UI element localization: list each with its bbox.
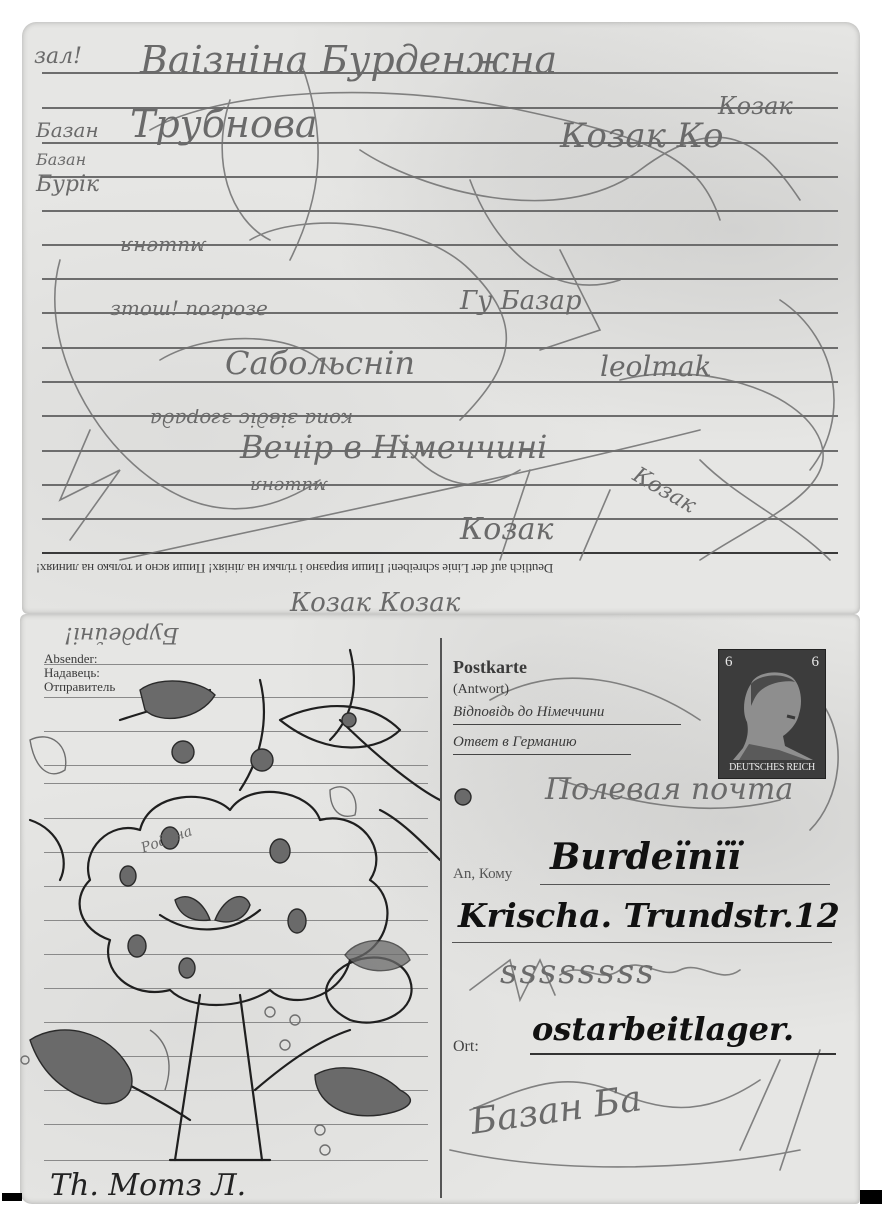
- ruled-line: [44, 1022, 428, 1023]
- ruled-line: [42, 210, 838, 212]
- signature: Th. Momз Л.: [50, 1168, 246, 1203]
- ruled-line: [42, 381, 838, 383]
- scribble-line: ssssssss: [500, 952, 656, 992]
- ruled-line: [42, 518, 838, 520]
- sender-labels: Absender: Надавець: Отправитель: [44, 652, 115, 694]
- recipient-street: Krischa. Trundstr.12: [458, 896, 840, 935]
- handwriting-below-footer: Козак Козак: [290, 588, 460, 618]
- ruled-line: [44, 954, 428, 955]
- handwriting-line-2-right: Козак Ко: [560, 116, 724, 156]
- sender-label-german: Absender:: [44, 652, 115, 666]
- scan-edge-left: [2, 1193, 22, 1201]
- sender-label-ukrainian: Надавець:: [44, 666, 115, 680]
- field-post-handwriting: Полевая почта: [545, 772, 793, 807]
- handwriting-line-13: Козак: [460, 512, 553, 547]
- card-divider-line: [440, 638, 442, 1198]
- handwriting-upside-down-1: мишеня: [120, 236, 207, 260]
- place-label: Ort:: [453, 1038, 479, 1056]
- recipient-name: Burdeïnïï: [550, 836, 741, 878]
- scan-edge-right: [860, 1190, 882, 1204]
- ruled-line: [42, 484, 838, 486]
- ruled-line: [42, 347, 838, 349]
- handwriting-upside-down-3: мишеня: [250, 476, 328, 497]
- ruled-line: [44, 988, 428, 989]
- ruled-line: [44, 783, 428, 784]
- handwriting-line-3-left: Базан: [36, 150, 86, 169]
- ruled-line: [44, 852, 428, 853]
- sender-handwriting: Бурдейні!: [64, 622, 179, 647]
- ruled-line: [44, 765, 428, 766]
- ruled-line: [44, 697, 428, 698]
- ruled-line: [44, 818, 428, 819]
- handwriting-line-7: зтош! погрозе: [110, 296, 268, 320]
- postcard-subtitle: (Antwort): [453, 682, 509, 698]
- handwriting-line-2-far-right: Козак: [718, 92, 793, 120]
- ruled-line: [44, 886, 428, 887]
- ruled-line: [42, 552, 838, 554]
- handwriting-line-4-left: Бурік: [36, 172, 99, 197]
- printed-instruction-footer: Deutlich auf der Linie schreiben! Пиши в…: [36, 560, 553, 576]
- stamp-portrait-icon: [729, 666, 815, 760]
- reply-russian: Ответ в Германию: [453, 734, 631, 755]
- ruled-line: [42, 278, 838, 280]
- ruled-line: [44, 920, 428, 921]
- ruled-line: [44, 1124, 428, 1125]
- place-underline: [530, 1053, 836, 1055]
- handwriting-line-1: Ваізніна Бурденжна: [140, 38, 557, 82]
- ruled-line: [44, 1160, 428, 1161]
- postage-stamp: 6 6 DEUTSCHES REICH: [718, 649, 826, 779]
- handwriting-greeting: зал!: [34, 44, 82, 69]
- place-value: ostarbeitlager.: [532, 1010, 794, 1048]
- sender-label-russian: Отправитель: [44, 680, 115, 694]
- ruled-line: [44, 1056, 428, 1057]
- handwriting-line-8: Сабольсніп: [225, 344, 415, 382]
- handwriting-line-8-right: leolmak: [600, 350, 712, 383]
- ruled-line: [44, 1090, 428, 1091]
- reply-ukrainian: Відповідь до Німеччини: [453, 704, 681, 725]
- recipient-label: An, Кому: [453, 866, 512, 883]
- handwriting-line-2-left: Базан: [36, 118, 99, 142]
- postcard-title: Postkarte: [453, 657, 527, 678]
- recipient-line-1: [540, 884, 830, 885]
- handwriting-line-2: Трубнова: [130, 102, 318, 146]
- handwriting-line-11: Вечір в Німеччині: [240, 428, 547, 466]
- handwriting-line-7-right: Гу Базар: [460, 286, 582, 316]
- ruled-line: [42, 176, 838, 178]
- ruled-line: [44, 731, 428, 732]
- recipient-line-2: [452, 942, 832, 943]
